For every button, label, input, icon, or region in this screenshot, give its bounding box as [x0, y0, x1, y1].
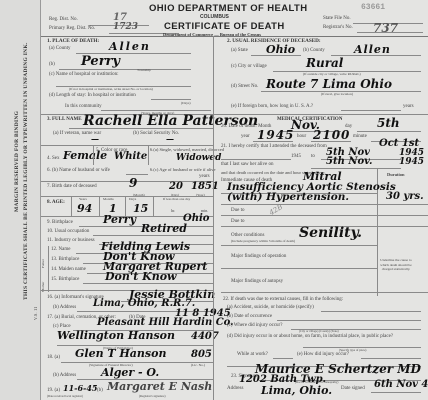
- days-label: (Days): [181, 101, 191, 105]
- industry-label: 11. Industry or business: [47, 238, 95, 243]
- death-minute-label: minute: [353, 134, 367, 139]
- autopsy-findings-label: Major findings of autopsy: [231, 279, 283, 284]
- age-days-label: Days: [129, 197, 136, 201]
- due-to-label-2: Due to: [231, 219, 244, 224]
- marital-status-value: Widowed: [176, 153, 221, 163]
- residence-city-note: (If outside city or village, write RURAL…: [303, 72, 361, 76]
- color-race-value: White: [114, 151, 147, 162]
- date-signed-label: Date signed: [341, 386, 365, 391]
- embalmer-license-value: 4407: [191, 331, 219, 342]
- other-conditions-value: Senility.: [299, 225, 362, 241]
- license-no-label: (Lic. No.): [191, 363, 205, 367]
- death-day-value: 5th: [377, 116, 400, 130]
- filed-sub: (Date received local registrar): [47, 394, 83, 398]
- registrar-signature-value: Margaret E Nash: [107, 380, 212, 393]
- foreign-years-label: years: [403, 104, 414, 109]
- mother-birthplace-value: Don't Know: [105, 270, 177, 283]
- death-county-value: Allen: [109, 40, 151, 53]
- certificate-serial: 63661: [361, 3, 385, 12]
- residence-city-value: Rural: [306, 56, 343, 70]
- death-hour-value: 2100: [313, 128, 350, 142]
- informant-address-label: (b) Address: [53, 305, 76, 310]
- age-months-label: Months: [103, 197, 114, 201]
- death-hour-label: hour: [297, 134, 306, 139]
- length-of-stay-label: (d) Length of stay: In hospital or insti…: [49, 93, 136, 98]
- ink-note: THIS CERTIFICATE SHALL BE PRINTED LEGIBL…: [23, 42, 29, 300]
- director-address-value: Alger - O.: [101, 366, 159, 379]
- injury-home-label: (d) Did injury occur in or about home, o…: [227, 333, 422, 341]
- cause-line-3: (with) Hypertension.: [227, 191, 349, 203]
- spouse-name-label: 6. (b) Name of husband or wife: [47, 168, 110, 173]
- registrar-no-label: Registrar's No.: [323, 25, 353, 30]
- certificate-title: CERTIFICATE OF DEATH: [164, 21, 285, 32]
- father-section-label: Father: [41, 259, 45, 268]
- reg-dist-label: Reg. Dist. No.: [49, 17, 78, 22]
- injury-how-label: (e) How did injury occur?: [297, 352, 349, 357]
- age-years-value: 94: [77, 202, 92, 215]
- last-saw-value: 5th Nov.: [326, 156, 372, 167]
- filed-label: 19. (a): [47, 388, 60, 393]
- department-title: OHIO DEPARTMENT OF HEALTH: [149, 3, 307, 14]
- age-label: 8. AGE:: [47, 199, 65, 205]
- form-code: V.S. 11: [33, 306, 38, 320]
- birth-year-value: 1851: [191, 181, 219, 192]
- physician-address-line-2: Lima, Ohio.: [261, 384, 332, 397]
- township-sub: Township: [137, 68, 151, 72]
- registrar-no-value: 737: [373, 21, 398, 35]
- director-address-label: (b) Address: [53, 373, 76, 378]
- birth-month-value: 9: [129, 176, 137, 190]
- primary-reg-value: 1723: [113, 22, 138, 32]
- township-label: (b): [49, 62, 55, 67]
- mother-birthplace-label: 15. Birthplace: [51, 277, 79, 282]
- residence-county-value: Allen: [354, 43, 391, 56]
- birthplace-value: Perry: [103, 213, 136, 226]
- funeral-director-label: 18. (a): [47, 355, 60, 360]
- injury-where-label: (c) Where did injury occur?: [227, 323, 282, 328]
- due-to-label-1: Due to: [231, 208, 244, 213]
- registrar-signature-label: (b): [97, 388, 103, 393]
- full-name-label: 3. FULL NAME: [47, 117, 82, 122]
- occupation-label: 10. Usual occupation: [47, 229, 89, 234]
- residence-street-label: (d) Street No.: [231, 84, 258, 89]
- hospital-note: (If not in hospital or institution, writ…: [69, 87, 153, 91]
- residence-state-label: (a) State: [231, 48, 248, 53]
- mother-maiden-label: 14. Maiden name: [51, 267, 86, 272]
- residence-state-value: Ohio: [266, 43, 295, 56]
- residence-city-label: (c) City or village: [231, 64, 267, 69]
- binding-margin: MARGIN RESERVED FOR BINDING THIS CERTIFI…: [0, 0, 41, 400]
- veteran-value: —: [91, 134, 99, 144]
- residence-street-value: Route 7 Lima Ohio: [266, 77, 392, 91]
- duration-label: Duration: [387, 172, 405, 177]
- father-birthplace-label: 13. Birthplace: [51, 257, 79, 262]
- external-causes-label: 22. If death was due to external causes,…: [223, 297, 343, 302]
- attended-label: 21. I hereby certify that I attended the…: [221, 144, 327, 149]
- binding-note: MARGIN RESERVED FOR BINDING: [14, 111, 20, 212]
- father-name-label: 12. Name: [51, 247, 70, 252]
- cause-duration-value: 30 yrs.: [386, 191, 424, 202]
- birthplace-label: 9. Birthplace: [47, 220, 73, 225]
- township-value: Perry: [81, 54, 120, 69]
- attended-to-label: to: [311, 154, 315, 159]
- while-at-work-label: While at work?: [237, 352, 268, 357]
- filed-date-value: 11-6-45: [63, 383, 97, 393]
- occupation-value: Retired: [141, 222, 187, 235]
- last-saw-year: 1945: [399, 157, 424, 167]
- underline-note: Underline the cause to which death shoul…: [378, 258, 414, 272]
- social-security-value: —: [166, 134, 174, 144]
- birth-day-value: 20: [169, 181, 183, 192]
- death-year-value: 1945: [257, 128, 294, 142]
- sex-label: 4. Sex: [47, 156, 60, 161]
- community-label: In this community: [65, 104, 102, 109]
- accident-label: (a) Accident, suicide, or homicide (spec…: [227, 305, 314, 310]
- funeral-director-value: Glen T Hanson: [75, 347, 166, 360]
- age-less-than-day-label: If less than one day: [163, 197, 190, 201]
- spouse-years-label: years: [199, 174, 210, 179]
- funeral-director-license: 805: [191, 349, 212, 360]
- hospital-label: (c) Name of hospital or institution:: [49, 72, 119, 77]
- primary-reg-label: Primary Reg. Dist. No.: [49, 26, 95, 31]
- spouse-age-label: 6.(c) Age of husband or wife if alive: [150, 167, 215, 172]
- date-signed-value: 6th Nov 45: [374, 379, 428, 390]
- residence-county-label: (b) County: [303, 48, 325, 53]
- embalmer-value: Wellington Hanson: [57, 329, 175, 342]
- state-file-label: State File No.: [323, 16, 351, 21]
- foreign-born-label: (e) If foreign born, how long in U. S. A…: [231, 104, 313, 109]
- other-conditions-note: (Include pregnancy within 3 months of de…: [231, 239, 295, 243]
- age-years-label: Years: [79, 197, 87, 201]
- place-of-death-heading: 1. PLACE OF DEATH:: [47, 38, 99, 44]
- registrar-signature-sub: (Registrar's signature): [139, 394, 165, 398]
- residence-street-note: (If rural, give location): [321, 92, 353, 96]
- occurrence-date-label: (b) Date of occurrence: [227, 314, 272, 319]
- operation-findings-label: Major findings of operation: [231, 254, 286, 259]
- age-hr-label: hr.: [171, 208, 175, 213]
- death-county-label: (a) County: [49, 46, 71, 51]
- death-year-label: year: [241, 134, 250, 139]
- last-saw-label: that I last saw her alive on: [221, 162, 273, 167]
- certificate-sheet: Reg. Dist. No. 17 Primary Reg. Dist. No.…: [41, 0, 428, 400]
- department-city: COLUMBUS: [200, 14, 229, 20]
- attended-from-year: 1945: [291, 154, 301, 159]
- birth-date-label: 7. Birth date of deceased: [47, 184, 97, 189]
- other-conditions-label: Other conditions: [231, 233, 264, 238]
- physician-address-label: Address: [227, 386, 243, 391]
